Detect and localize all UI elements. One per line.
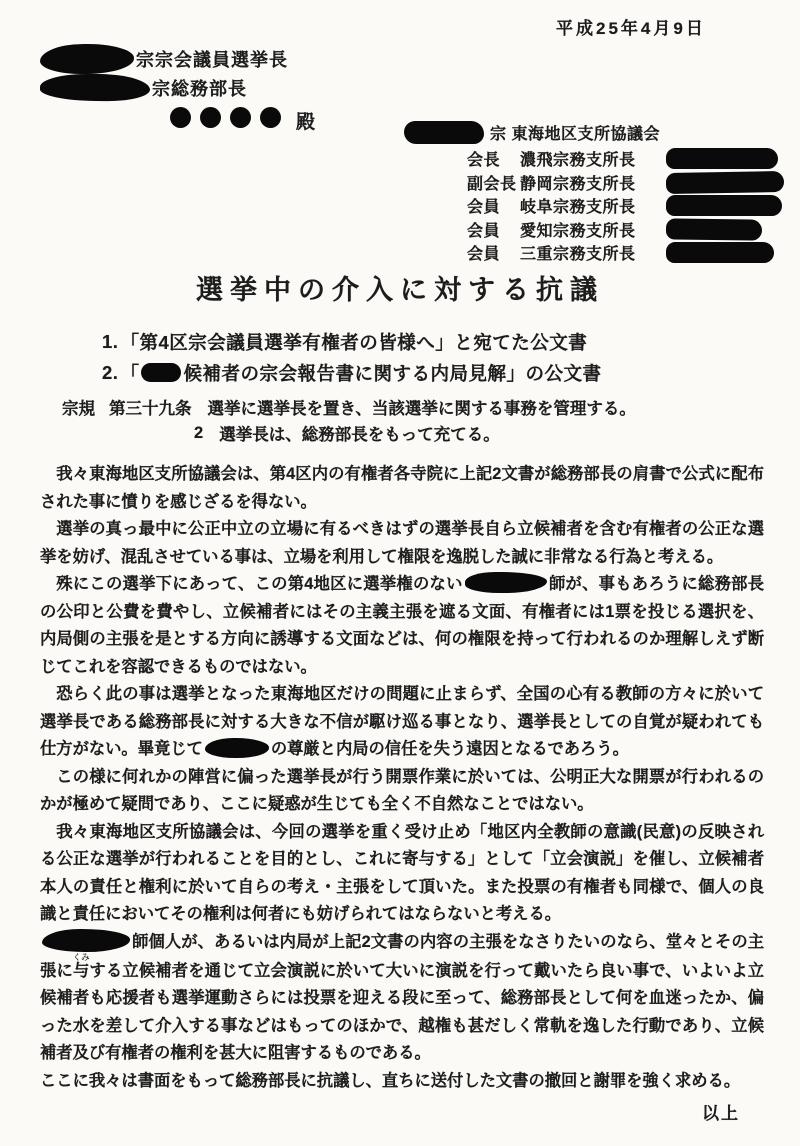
sender-member-row: 会員 三重宗務支所長 — [402, 241, 786, 265]
document-list-number: 1. — [102, 331, 118, 353]
redaction-mark — [40, 73, 150, 101]
document-list-item: 1.「第4区宗会議員選挙有権者の皆様へ」と宛てた公文書 — [102, 326, 601, 357]
document-date: 平成25年4月9日 — [556, 14, 706, 39]
addressee-line-1: 宗宗会議員選挙長 — [38, 44, 315, 73]
body-paragraph: ここに我々は書面をもって総務部長に抗議し、直ちに送付した文書の撤回と謝罪を強く求… — [40, 1068, 764, 1096]
text-run: する立候補者を通じて立会演説に於いて大いに演説を行って戴いたら良い事で、いよいよ… — [40, 962, 764, 1063]
member-title: 愛知宗務支所長 — [520, 218, 660, 241]
sender-organization: 宗 東海地区支所協議会 — [402, 120, 786, 145]
redaction-mark — [666, 195, 782, 216]
member-role: 副会長 — [467, 171, 520, 194]
cited-documents-list: 1.「第4区宗会議員選挙有権者の皆様へ」と宛てた公文書2.「候補者の宗会報告書に… — [102, 326, 601, 388]
redaction-mark — [40, 43, 134, 74]
redaction-mark — [666, 148, 778, 169]
clause-number: 2 — [194, 424, 203, 443]
text-run: 殊にこの選挙下にあって、この第4地区に選挙権のない — [56, 575, 462, 593]
document-list-number: 2. — [102, 362, 118, 384]
body-paragraph: 師個人が、あるいは内局が上記2文書の内容の主張をなさりたいのなら、堂々とその主張… — [40, 929, 764, 1068]
sender-member-row: 副会長 静岡宗務支所長 — [402, 171, 786, 195]
sender-member-row: 会長 濃飛宗務支所長 — [402, 147, 786, 171]
sender-organization-name: 宗 東海地区支所協議会 — [490, 121, 660, 144]
letter-body: 我々東海地区支所協議会は、第4区内の有権者各寺院に上記2文書が総務部長の肩書で公… — [40, 461, 764, 1095]
text-run: 選挙の真っ最中に公正中立の立場に有るべきはずの選挙長自ら立候補者を含む有権者の公… — [40, 520, 764, 566]
member-role: 会員 — [467, 218, 520, 241]
redaction-dot — [170, 107, 191, 128]
text-run: 「第4区宗会議員選挙有権者の皆様へ」と宛てた公文書 — [120, 329, 587, 355]
member-title: 岐阜宗務支所長 — [520, 194, 660, 217]
member-role: 会長 — [467, 147, 520, 170]
text-run: 「 — [120, 360, 139, 386]
member-title: 濃飛宗務支所長 — [520, 147, 660, 170]
redaction-dot — [200, 107, 221, 128]
member-title: 三重宗務支所長 — [520, 241, 660, 264]
regulation-citation: 宗規 第三十九条 選挙に選挙長を置き、当該選挙に関する事務を管理する。 2 選挙… — [62, 394, 636, 446]
addressee-block: 宗宗会議員選挙長 宗総務部長 殿 — [38, 44, 315, 132]
body-paragraph: 我々東海地区支所協議会は、第4区内の有権者各寺院に上記2文書が総務部長の肩書で公… — [40, 461, 764, 516]
sender-member-row: 会員 岐阜宗務支所長 — [402, 194, 786, 218]
document-list-item: 2.「候補者の宗会報告書に関する内局見解」の公文書 — [102, 357, 601, 388]
body-paragraph: 我々東海地区支所協議会は、今回の選挙を重く受け止め「地区内全教師の意識(民意)の… — [40, 819, 764, 929]
sender-member-row: 会員 愛知宗務支所長 — [402, 218, 786, 242]
body-paragraph: 殊にこの選挙下にあって、この第4地区に選挙権のない師が、事もあろうに総務部長の公… — [40, 571, 764, 681]
ruby-annotated-char: 与くみ — [73, 962, 89, 980]
text-run: 候補者の宗会報告書に関する内局見解」の公文書 — [183, 360, 601, 386]
regulation-article: 第三十九条 — [109, 395, 192, 419]
member-title: 静岡宗務支所長 — [520, 171, 660, 194]
redaction-mark — [141, 363, 181, 382]
regulation-label: 宗規 — [62, 395, 95, 419]
sender-block: 宗 東海地区支所協議会 会長 濃飛宗務支所長 副会長 静岡宗務支所長 会員 岐阜… — [402, 120, 786, 265]
member-role: 会員 — [467, 241, 520, 264]
text-run: 我々東海地区支所協議会は、第4区内の有権者各寺院に上記2文書が総務部長の肩書で公… — [40, 465, 764, 511]
document-title: 選挙中の介入に対する抗議 — [0, 268, 800, 307]
redaction-mark — [42, 929, 130, 952]
regulation-clause-text: 選挙長は、総務部長をもって充てる。 — [219, 421, 500, 445]
addressee-line-2: 宗総務部長 — [38, 73, 315, 102]
addressee-title: 宗宗会議員選挙長 — [136, 46, 288, 72]
addressee-title: 宗総務部長 — [152, 75, 247, 101]
body-paragraph: 恐らく此の事は選挙となった東海地区だけの問題に止まらず、全国の心有る教師の方々に… — [40, 681, 764, 764]
closing-mark: 以上 — [702, 1099, 740, 1124]
regulation-clause-2: 2 選挙長は、総務部長をもって充てる。 — [194, 420, 636, 446]
text-run: の尊厳と内局の信任を失う遠因となるであろう。 — [271, 740, 629, 758]
redaction-mark — [465, 572, 547, 593]
redaction-dot — [230, 107, 251, 128]
redaction-dot — [260, 107, 281, 128]
redaction-mark — [205, 738, 269, 758]
member-role: 会員 — [467, 194, 520, 217]
redaction-dots — [170, 107, 290, 133]
honorific: 殿 — [296, 107, 315, 134]
regulation-clause-1: 宗規 第三十九条 選挙に選挙長を置き、当該選挙に関する事務を管理する。 — [62, 394, 636, 420]
text-run: ここに我々は書面をもって総務部長に抗議し、直ちに送付した文書の撤回と謝罪を強く求… — [40, 1072, 740, 1090]
redaction-mark — [666, 218, 762, 240]
body-paragraph: 選挙の真っ最中に公正中立の立場に有るべきはずの選挙長自ら立候補者を含む有権者の公… — [40, 516, 764, 571]
regulation-clause-text: 選挙に選挙長を置き、当該選挙に関する事務を管理する。 — [208, 395, 636, 419]
text-run: この様に何れかの陣営に偏った選挙長が行う開票作業に於いては、公明正大な開票が行わ… — [40, 768, 764, 814]
addressee-name-redacted: 殿 — [170, 108, 315, 132]
body-paragraph: この様に何れかの陣営に偏った選挙長が行う開票作業に於いては、公明正大な開票が行わ… — [40, 764, 764, 819]
text-run: 我々東海地区支所協議会は、今回の選挙を重く受け止め「地区内全教師の意識(民意)の… — [40, 823, 764, 924]
redaction-mark — [666, 171, 784, 194]
redaction-mark — [666, 242, 774, 263]
scanned-protest-letter: 平成25年4月9日 宗宗会議員選挙長 宗総務部長 殿 宗 東海地区支所協議会 会… — [0, 0, 800, 1146]
redaction-mark — [404, 121, 484, 144]
